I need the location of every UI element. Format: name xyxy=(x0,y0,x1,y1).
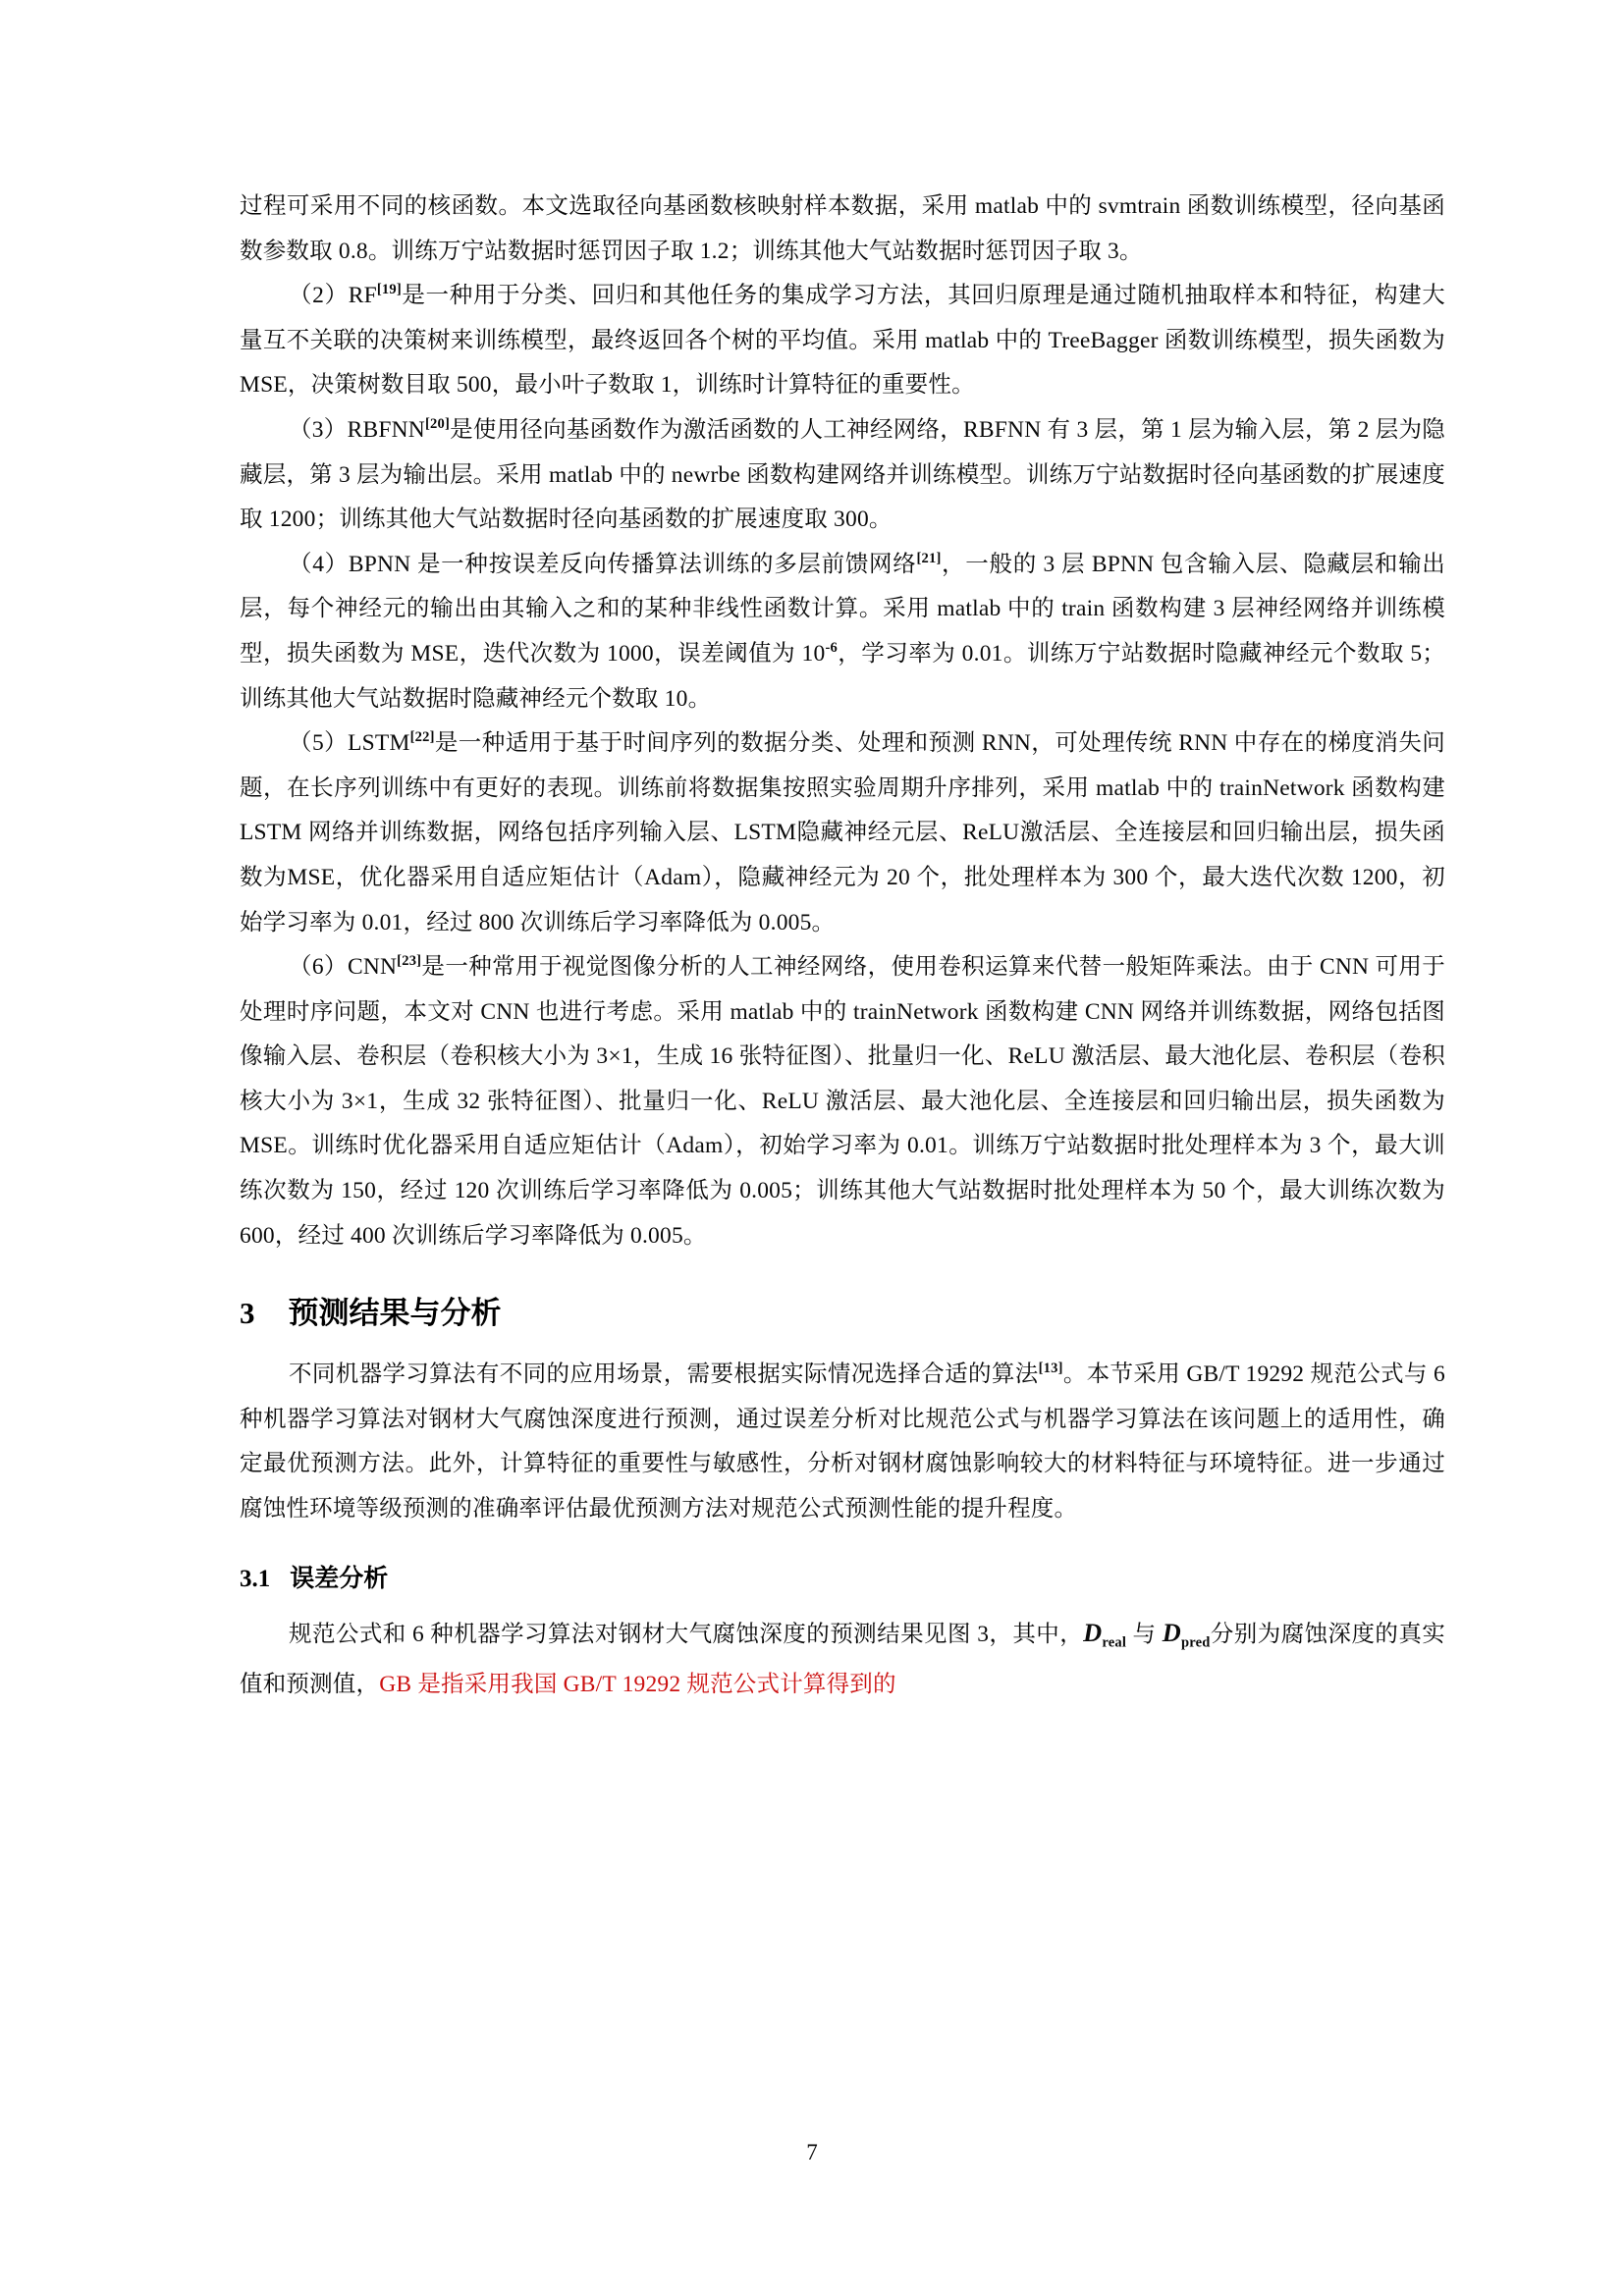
paragraph: （2）RF[19]是一种用于分类、回归和其他任务的集成学习方法，其回归原理是通过… xyxy=(240,274,1445,408)
document-page: 过程可采用不同的核函数。本文选取径向基函数核映射样本数据，采用 matlab 中… xyxy=(0,0,1624,2296)
section-heading: 3预测结果与分析 xyxy=(240,1290,1445,1337)
text-run: （5）LSTM xyxy=(289,730,410,756)
paragraph: 规范公式和 6 种机器学习算法对钢材大气腐蚀深度的预测结果见图 3，其中，Dre… xyxy=(240,1608,1445,1710)
text-run: 是一种用于分类、回归和其他任务的集成学习方法，其回归原理是通过随机抽取样本和特征… xyxy=(240,283,1445,398)
text-run: 不同机器学习算法有不同的应用场景，需要根据实际情况选择合适的算法 xyxy=(289,1362,1039,1387)
text-run: 规范公式和 6 种机器学习算法对钢材大气腐蚀深度的预测结果见图 3，其中， xyxy=(289,1622,1083,1647)
text-run-sup: [21] xyxy=(916,551,941,566)
text-run: 是一种适用于基于时间序列的数据分类、处理和预测 RNN，可处理传统 RNN 中存… xyxy=(240,730,1445,934)
text-run-sup: [23] xyxy=(397,953,421,969)
text-run-dvar: D xyxy=(1163,1619,1181,1647)
text-run-sup: [13] xyxy=(1039,1361,1063,1376)
text-run-sup: [20] xyxy=(425,416,450,432)
paragraph: （5）LSTM[22]是一种适用于基于时间序列的数据分类、处理和预测 RNN，可… xyxy=(240,721,1445,945)
text-run: （6）CNN xyxy=(289,954,397,980)
subsection-heading: 3.1误差分析 xyxy=(240,1558,1445,1600)
text-run: 过程可采用不同的核函数。本文选取径向基函数核映射样本数据，采用 matlab 中… xyxy=(240,193,1445,264)
page-number: 7 xyxy=(0,2140,1624,2165)
text-run: （3）RBFNN xyxy=(289,417,425,443)
heading-text: 误差分析 xyxy=(290,1565,388,1592)
text-run: 是一种常用于视觉图像分析的人工神经网络，使用卷积运算来代替一般矩阵乘法。由于 C… xyxy=(240,954,1445,1249)
text-run-red: GB 是指采用我国 GB/T 19292 规范公式计算得到的 xyxy=(379,1672,896,1697)
paragraph: （6）CNN[23]是一种常用于视觉图像分析的人工神经网络，使用卷积运算来代替一… xyxy=(240,945,1445,1258)
paragraph: 过程可采用不同的核函数。本文选取径向基函数核映射样本数据，采用 matlab 中… xyxy=(240,185,1445,274)
paragraph: 不同机器学习算法有不同的应用场景，需要根据实际情况选择合适的算法[13]。本节采… xyxy=(240,1353,1445,1531)
paragraph: （3）RBFNN[20]是使用径向基函数作为激活函数的人工神经网络，RBFNN … xyxy=(240,408,1445,543)
text-run-sup: [19] xyxy=(377,282,402,297)
text-run: 与 xyxy=(1126,1622,1163,1647)
document-body: 过程可采用不同的核函数。本文选取径向基函数核映射样本数据，采用 matlab 中… xyxy=(240,185,1445,1710)
text-run-sup: -6 xyxy=(825,640,838,656)
text-run-dsub: pred xyxy=(1181,1634,1211,1650)
heading-number: 3.1 xyxy=(240,1566,270,1592)
text-run-dsub: real xyxy=(1102,1634,1126,1650)
text-run: （4）BPNN 是一种按误差反向传播算法训练的多层前馈网络 xyxy=(289,552,916,577)
text-run-dvar: D xyxy=(1083,1619,1102,1647)
paragraph: （4）BPNN 是一种按误差反向传播算法训练的多层前馈网络[21]，一般的 3 … xyxy=(240,543,1445,721)
heading-text: 预测结果与分析 xyxy=(289,1296,502,1330)
text-run: （2）RF xyxy=(289,283,377,308)
heading-number: 3 xyxy=(240,1296,255,1330)
text-run-sup: [22] xyxy=(410,729,435,745)
